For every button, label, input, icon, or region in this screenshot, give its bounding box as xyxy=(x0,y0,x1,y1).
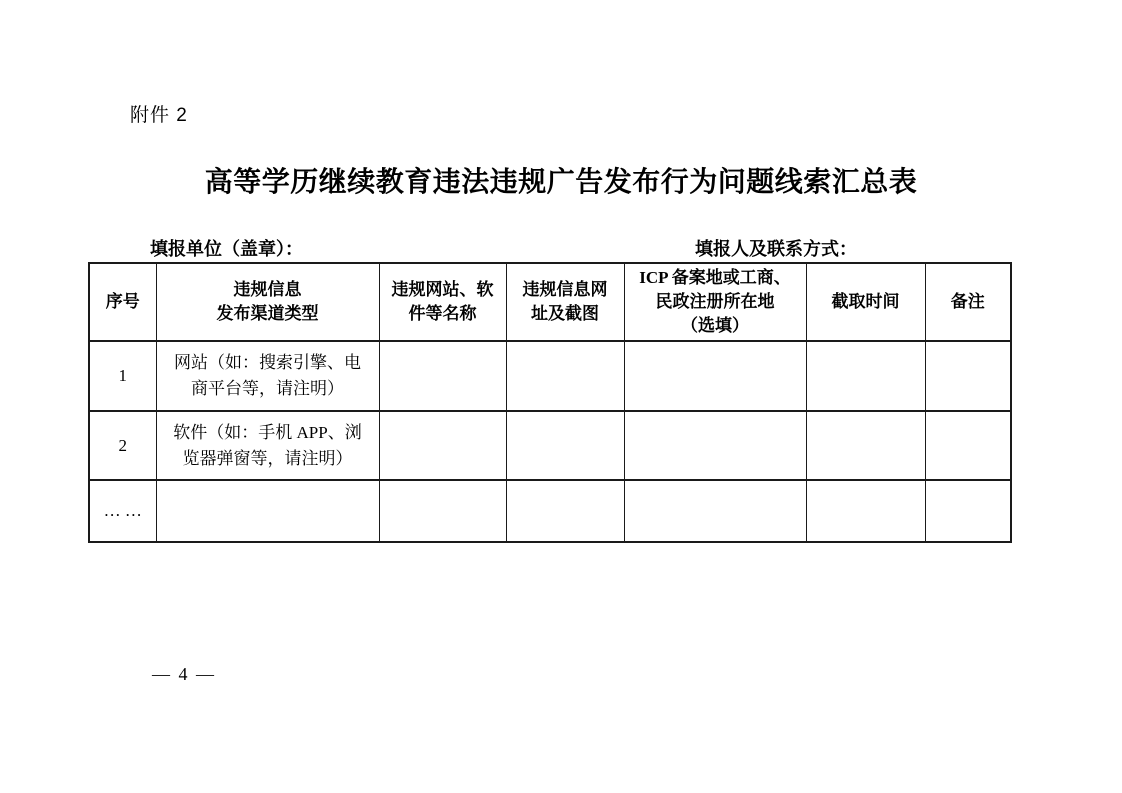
caption-row: 填报单位（盖章）： 填报人及联系方式： xyxy=(0,235,1122,261)
attachment-label: 附件 2 xyxy=(130,100,188,127)
cell-index: … … xyxy=(89,480,156,542)
document-page: { "page": { "attachment_label": "附件 2", … xyxy=(0,0,1122,793)
cell-capture-time xyxy=(806,411,925,480)
fill-person-label: 填报人及联系方式： xyxy=(695,235,857,261)
cell-url-screenshot xyxy=(506,480,624,542)
table-row: … … xyxy=(89,480,1011,542)
header-index: 序号 xyxy=(89,263,156,341)
table-header-row: 序号 违规信息 发布渠道类型 违规网站、软 件等名称 违规信息网 址及截图 IC… xyxy=(89,263,1011,341)
fill-unit-label: 填报单位（盖章）： xyxy=(150,235,303,261)
cell-remarks xyxy=(925,480,1011,542)
header-channel-type: 违规信息 发布渠道类型 xyxy=(156,263,379,341)
cell-channel-type: 软件（如：手机 APP、浏 览器弹窗等，请注明） xyxy=(156,411,379,480)
cell-icp-registration-location xyxy=(624,411,806,480)
cell-website-software-name xyxy=(379,411,506,480)
table-row: 1 网站（如：搜索引擎、电 商平台等，请注明） xyxy=(89,341,1011,411)
cell-website-software-name xyxy=(379,341,506,411)
clue-summary-table: 序号 违规信息 发布渠道类型 违规网站、软 件等名称 违规信息网 址及截图 IC… xyxy=(88,262,1012,543)
header-icp-registration-location: ICP 备案地或工商、 民政注册所在地 （选填） xyxy=(624,263,806,341)
cell-capture-time xyxy=(806,341,925,411)
cell-channel-type xyxy=(156,480,379,542)
header-url-screenshot: 违规信息网 址及截图 xyxy=(506,263,624,341)
cell-channel-type: 网站（如：搜索引擎、电 商平台等，请注明） xyxy=(156,341,379,411)
header-website-software-name: 违规网站、软 件等名称 xyxy=(379,263,506,341)
cell-index: 1 xyxy=(89,341,156,411)
page-title: 高等学历继续教育违法违规广告发布行为问题线索汇总表 xyxy=(0,160,1122,200)
cell-remarks xyxy=(925,341,1011,411)
header-capture-time: 截取时间 xyxy=(806,263,925,341)
page-number: — 4 — xyxy=(152,664,216,685)
cell-url-screenshot xyxy=(506,411,624,480)
cell-icp-registration-location xyxy=(624,480,806,542)
cell-icp-registration-location xyxy=(624,341,806,411)
cell-website-software-name xyxy=(379,480,506,542)
cell-index: 2 xyxy=(89,411,156,480)
table-row: 2 软件（如：手机 APP、浏 览器弹窗等，请注明） xyxy=(89,411,1011,480)
header-remarks: 备注 xyxy=(925,263,1011,341)
cell-remarks xyxy=(925,411,1011,480)
cell-url-screenshot xyxy=(506,341,624,411)
cell-capture-time xyxy=(806,480,925,542)
